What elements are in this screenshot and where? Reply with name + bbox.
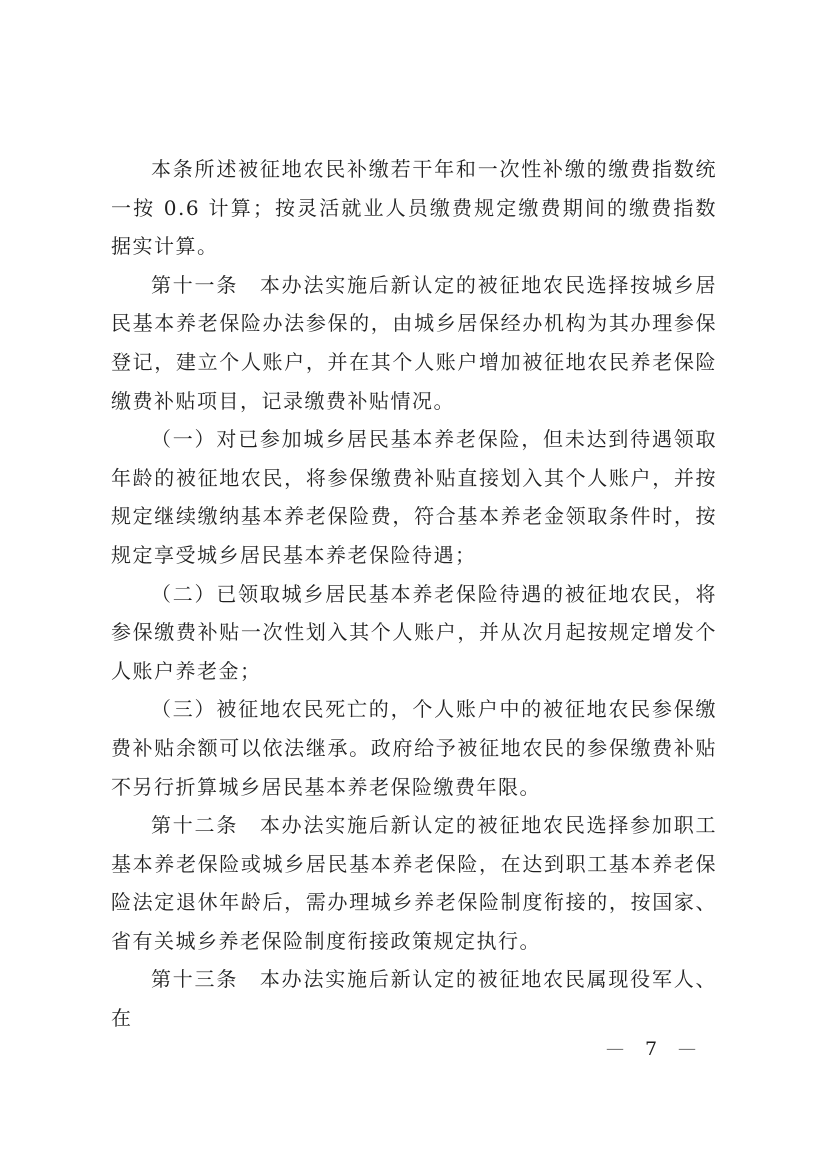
paragraph-article-13: 第十三条 本办法实施后新认定的被征地农民属现役军人、在 (111, 960, 717, 1037)
paragraph-article-11-item-3: （三）被征地农民死亡的，个人账户中的被征地农民参保缴费补贴余额可以依法继承。政府… (111, 690, 717, 806)
paragraph-article-11-item-2: （二）已领取城乡居民基本养老保险待遇的被征地农民，将参保缴费补贴一次性划入其个人… (111, 575, 717, 691)
paragraph-article-12: 第十二条 本办法实施后新认定的被征地农民选择参加职工基本养老保险或城乡居民基本养… (111, 806, 717, 960)
page-footer: — 7 — (606, 1036, 696, 1062)
paragraph-article-11-item-1: （一）对已参加城乡居民基本养老保险，但未达到待遇领取年龄的被征地农民，将参保缴费… (111, 420, 717, 574)
document-body: 本条所述被征地农民补缴若干年和一次性补缴的缴费指数统一按 0.6 计算；按灵活就… (111, 150, 717, 1038)
paragraph-article-11: 第十一条 本办法实施后新认定的被征地农民选择按城乡居民基本养老保险办法参保的，由… (111, 266, 717, 420)
paragraph-contribution-index: 本条所述被征地农民补缴若干年和一次性补缴的缴费指数统一按 0.6 计算；按灵活就… (111, 150, 717, 266)
footer-page-number: 7 (645, 1036, 657, 1062)
footer-left-dash: — (606, 1036, 624, 1062)
footer-right-dash: — (678, 1036, 696, 1062)
document-page: 本条所述被征地农民补缴若干年和一次性补缴的缴费指数统一按 0.6 计算；按灵活就… (0, 0, 827, 1169)
